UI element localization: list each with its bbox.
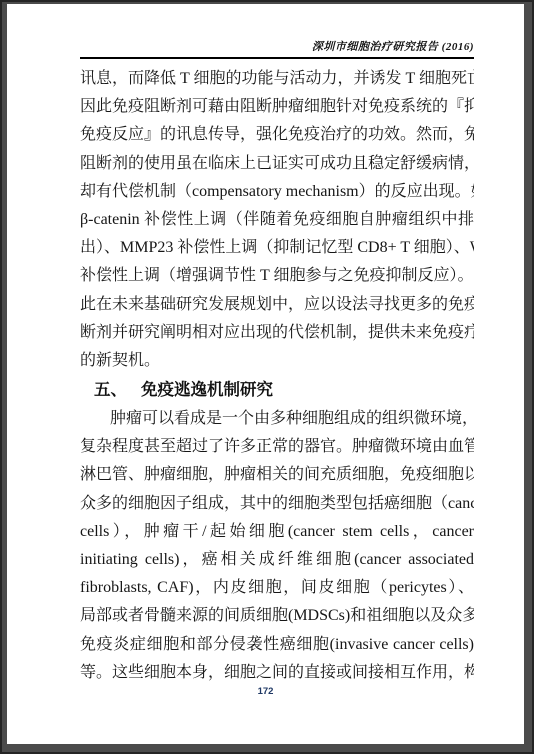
- text-line: 免疫炎症细胞和部分侵袭性癌细胞(invasive cancer cells): [80, 631, 474, 659]
- page-number: 172: [7, 686, 524, 697]
- text-line: 局部或者骨髓来源的间质细胞(MDSCs)和祖细胞以及众多的: [80, 602, 474, 630]
- running-header: 深圳市细胞治疗研究报告 (2016): [312, 38, 474, 54]
- text-line: 出）、MMP23 补偿性上调（抑制记忆型 CD8+ T 细胞）、Wnt5a: [80, 234, 474, 262]
- header-rule: [80, 57, 474, 59]
- paragraph-immune-checkpoint: 讯息，而降低 T 细胞的功能与活动力，并诱发 T 细胞死亡。因此免疫阻断剂可藉由…: [80, 65, 474, 375]
- text-line: 淋巴管、肿瘤细胞，肿瘤相关的间充质细胞，免疫细胞以及: [80, 461, 474, 489]
- text-line: 免疫反应』的讯息传导，强化免疫治疗的功效。然而，免疫: [80, 121, 474, 149]
- text-line: initiating cells)，癌相关成纤维细胞(cancer associ…: [80, 546, 474, 574]
- page-content: 讯息，而降低 T 细胞的功能与活动力，并诱发 T 细胞死亡。因此免疫阻断剂可藉由…: [80, 65, 474, 687]
- text-line: β-catenin 补偿性上调（伴随着免疫细胞自肿瘤组织中排: [80, 206, 474, 234]
- text-line: 的新契机。: [80, 347, 474, 375]
- paragraph-tumor-microenvironment: 肿瘤可以看成是一个由多种细胞组成的组织微环境，其复杂程度甚至超过了许多正常的器官…: [80, 405, 474, 687]
- text-line: 因此免疫阻断剂可藉由阻断肿瘤细胞针对免疫系统的『抑制: [80, 93, 474, 121]
- section-heading: 五、 免疫逃逸机制研究: [80, 375, 474, 405]
- text-line: fibroblasts, CAF)，内皮细胞，间皮细胞（pericytes）、: [80, 574, 474, 602]
- text-line: cells），肿瘤干/起始细胞(cancer stem cells，cancer: [80, 518, 474, 546]
- text-line: 阻断剂的使用虽在临床上已证实可成功且稳定舒缓病情，但: [80, 150, 474, 178]
- text-line: 讯息，而降低 T 细胞的功能与活动力，并诱发 T 细胞死亡。: [80, 65, 474, 93]
- document-page: 深圳市细胞治疗研究报告 (2016) 讯息，而降低 T 细胞的功能与活动力，并诱…: [7, 4, 524, 744]
- text-line: 补偿性上调（增强调节性 T 细胞参与之免疫抑制反应）。因: [80, 262, 474, 290]
- text-line: 却有代偿机制（compensatory mechanism）的反应出现。如: [80, 178, 474, 206]
- text-line: 此在未来基础研究发展规划中，应以设法寻找更多的免疫阻: [80, 291, 474, 319]
- section-title: 免疫逃逸机制研究: [141, 375, 273, 405]
- page-frame: 深圳市细胞治疗研究报告 (2016) 讯息，而降低 T 细胞的功能与活动力，并诱…: [0, 0, 534, 754]
- text-line: 断剂并研究阐明相对应出现的代偿机制，提供未来免疫疗法: [80, 319, 474, 347]
- section-number: 五、: [94, 375, 127, 405]
- text-line: 复杂程度甚至超过了许多正常的器官。肿瘤微环境由血管、: [80, 433, 474, 461]
- text-line: 众多的细胞因子组成，其中的细胞类型包括癌细胞（cancer: [80, 490, 474, 518]
- text-line: 等。这些细胞本身，细胞之间的直接或间接相互作用，构成: [80, 659, 474, 687]
- text-line: 肿瘤可以看成是一个由多种细胞组成的组织微环境，其: [80, 405, 474, 433]
